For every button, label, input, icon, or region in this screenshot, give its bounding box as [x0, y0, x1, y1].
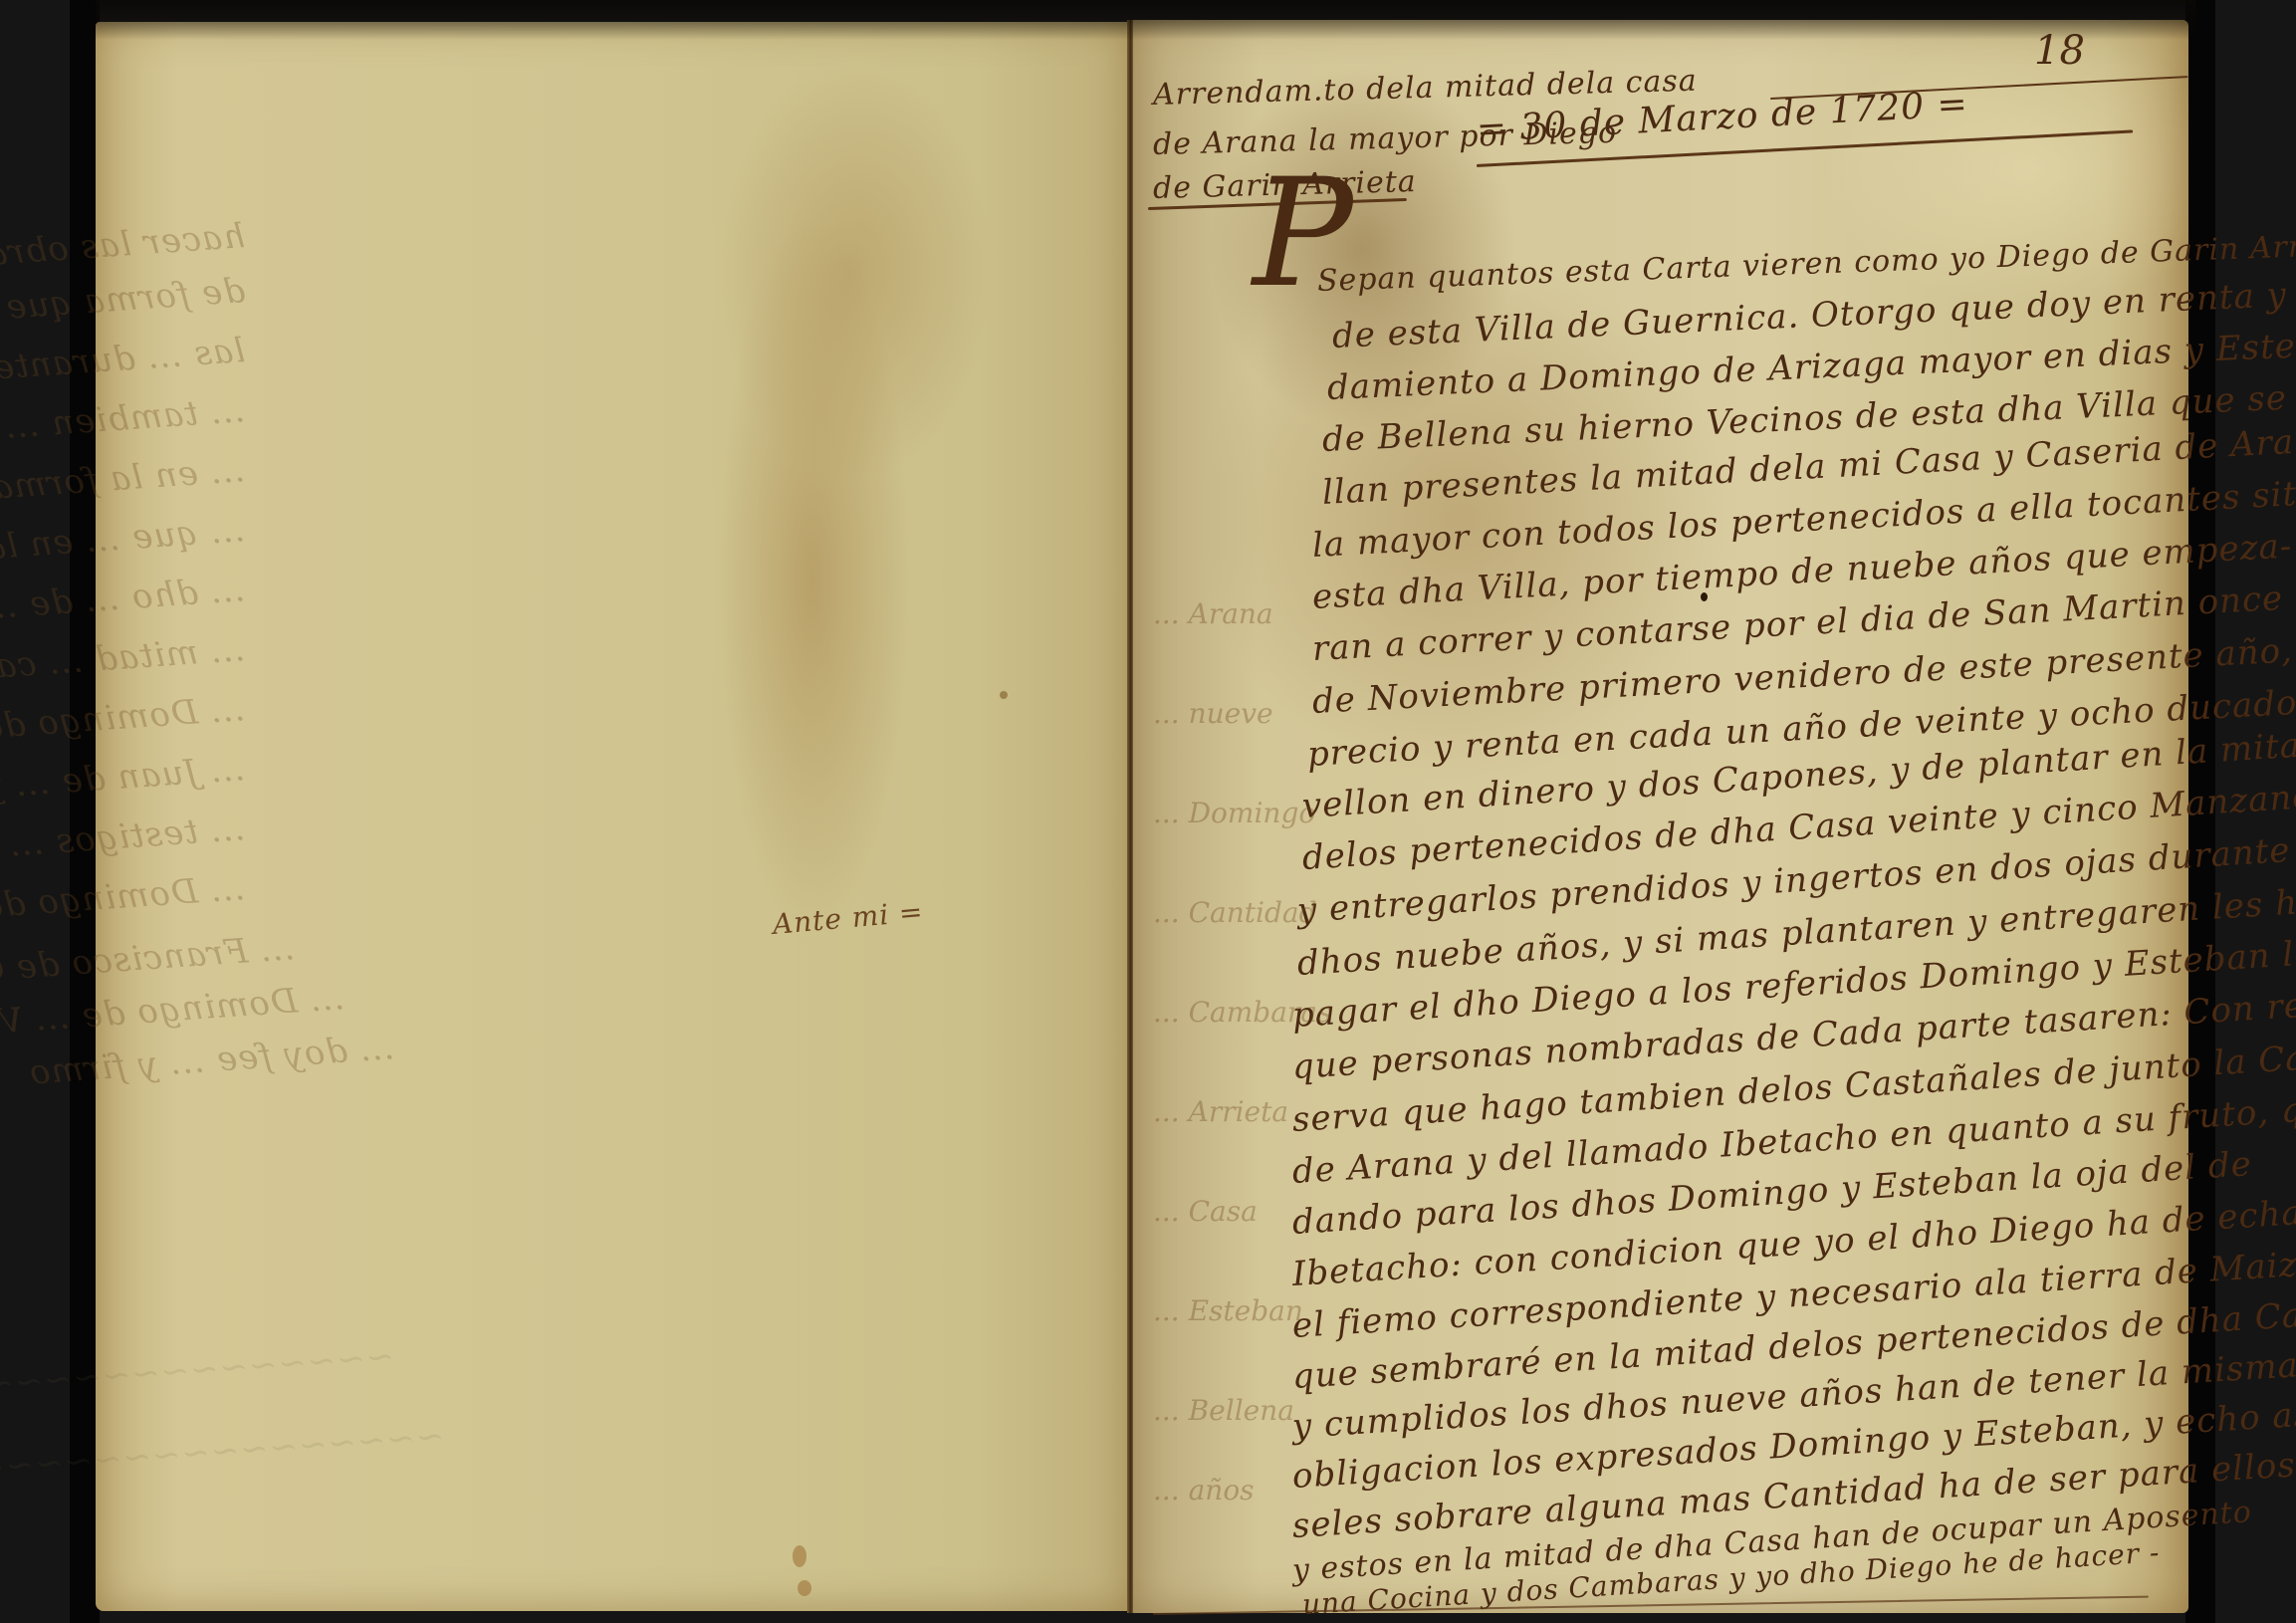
margin-ghost-text: ... Bellena: [1153, 1394, 1294, 1427]
right-page: 18 Arrendam.to dela mitad dela casa de A…: [1133, 20, 2188, 1613]
ghost-line: ... mitad ... cada uno: [0, 629, 246, 695]
page-number: 18: [2034, 28, 2085, 74]
margin-ghost-text: ... Arana: [1153, 597, 1273, 630]
page-number-rule: [1770, 76, 2188, 100]
ghost-line-faint: ~~~~~~~~~~~~~~~~~~~~~~~~: [0, 1336, 395, 1425]
stain-spot: [798, 1580, 811, 1596]
margin-ghost-text: ... Cambaras: [1153, 996, 1331, 1029]
margin-ghost-text: ... Esteban: [1153, 1294, 1303, 1327]
stain-spot: [793, 1545, 806, 1567]
ghost-line: ... dho ... de ... casas ...: [0, 570, 246, 638]
margin-ghost-text: ... Domingo: [1153, 797, 1315, 829]
margin-ghost-text: ... Casa: [1153, 1195, 1258, 1228]
margin-ghost-text: ... años: [1153, 1474, 1255, 1507]
ghost-line-faint: ~~~~~~~~~~~~~~~~~~~~: [0, 1416, 445, 1497]
ink-spot: [1000, 691, 1008, 699]
ink-spot: [1701, 592, 1708, 601]
margin-ghost-text: ... Cantidad: [1153, 896, 1317, 929]
margin-ghost-text: ... nueve: [1153, 697, 1273, 730]
closing-mark: Ante mi =: [772, 895, 925, 941]
ghost-line: ... testigos ... doy fee: [0, 809, 246, 875]
ghost-line: ... Juan de ... y Francisco: [0, 749, 246, 820]
left-page: hacer las obras del referido que ... de …: [96, 22, 1131, 1611]
margin-ghost-text: ... Arrieta: [1153, 1095, 1288, 1128]
